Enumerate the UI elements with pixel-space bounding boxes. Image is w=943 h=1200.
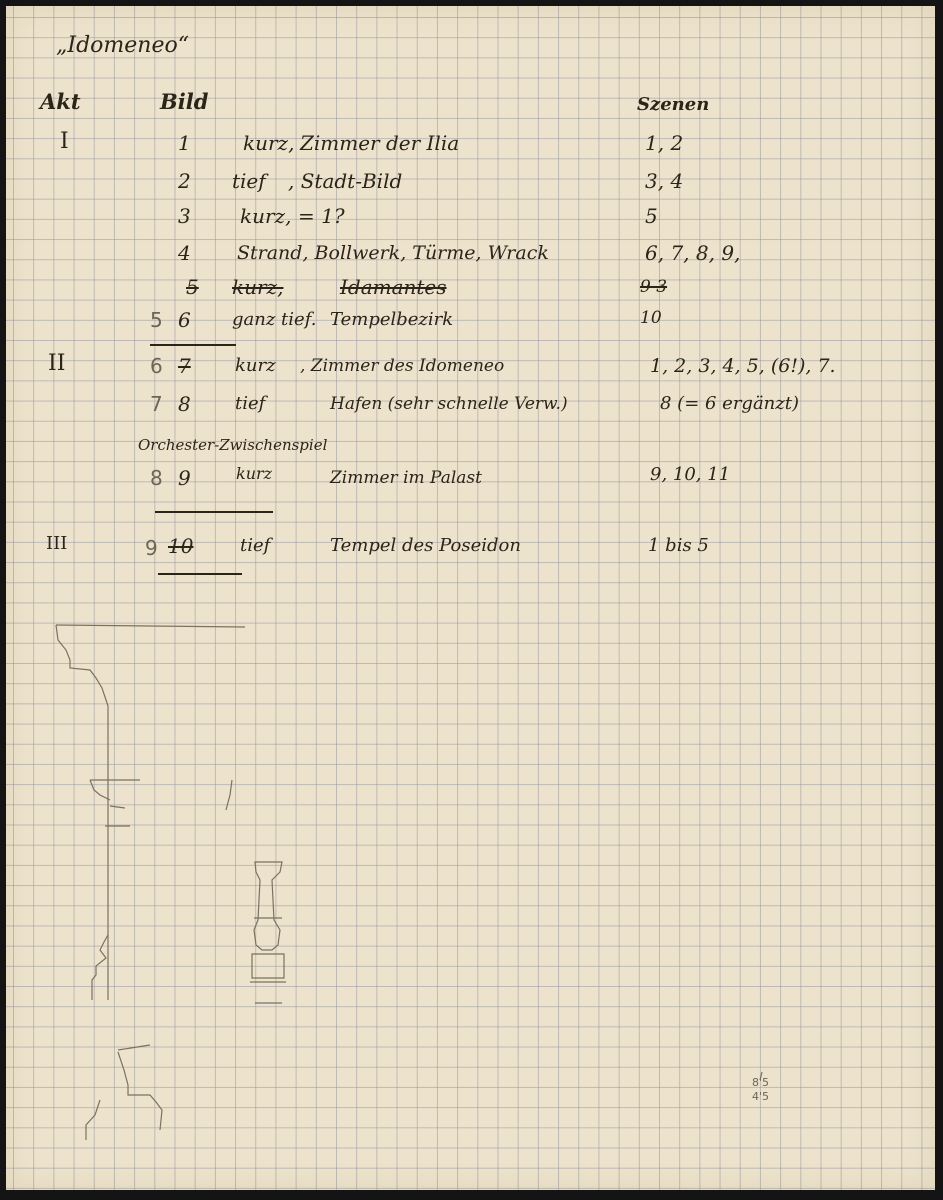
architectural-sketches [0,0,943,1200]
pencil-note-2: 4'5 [752,1090,769,1103]
pencil-note-1: 8'5 [752,1076,769,1089]
